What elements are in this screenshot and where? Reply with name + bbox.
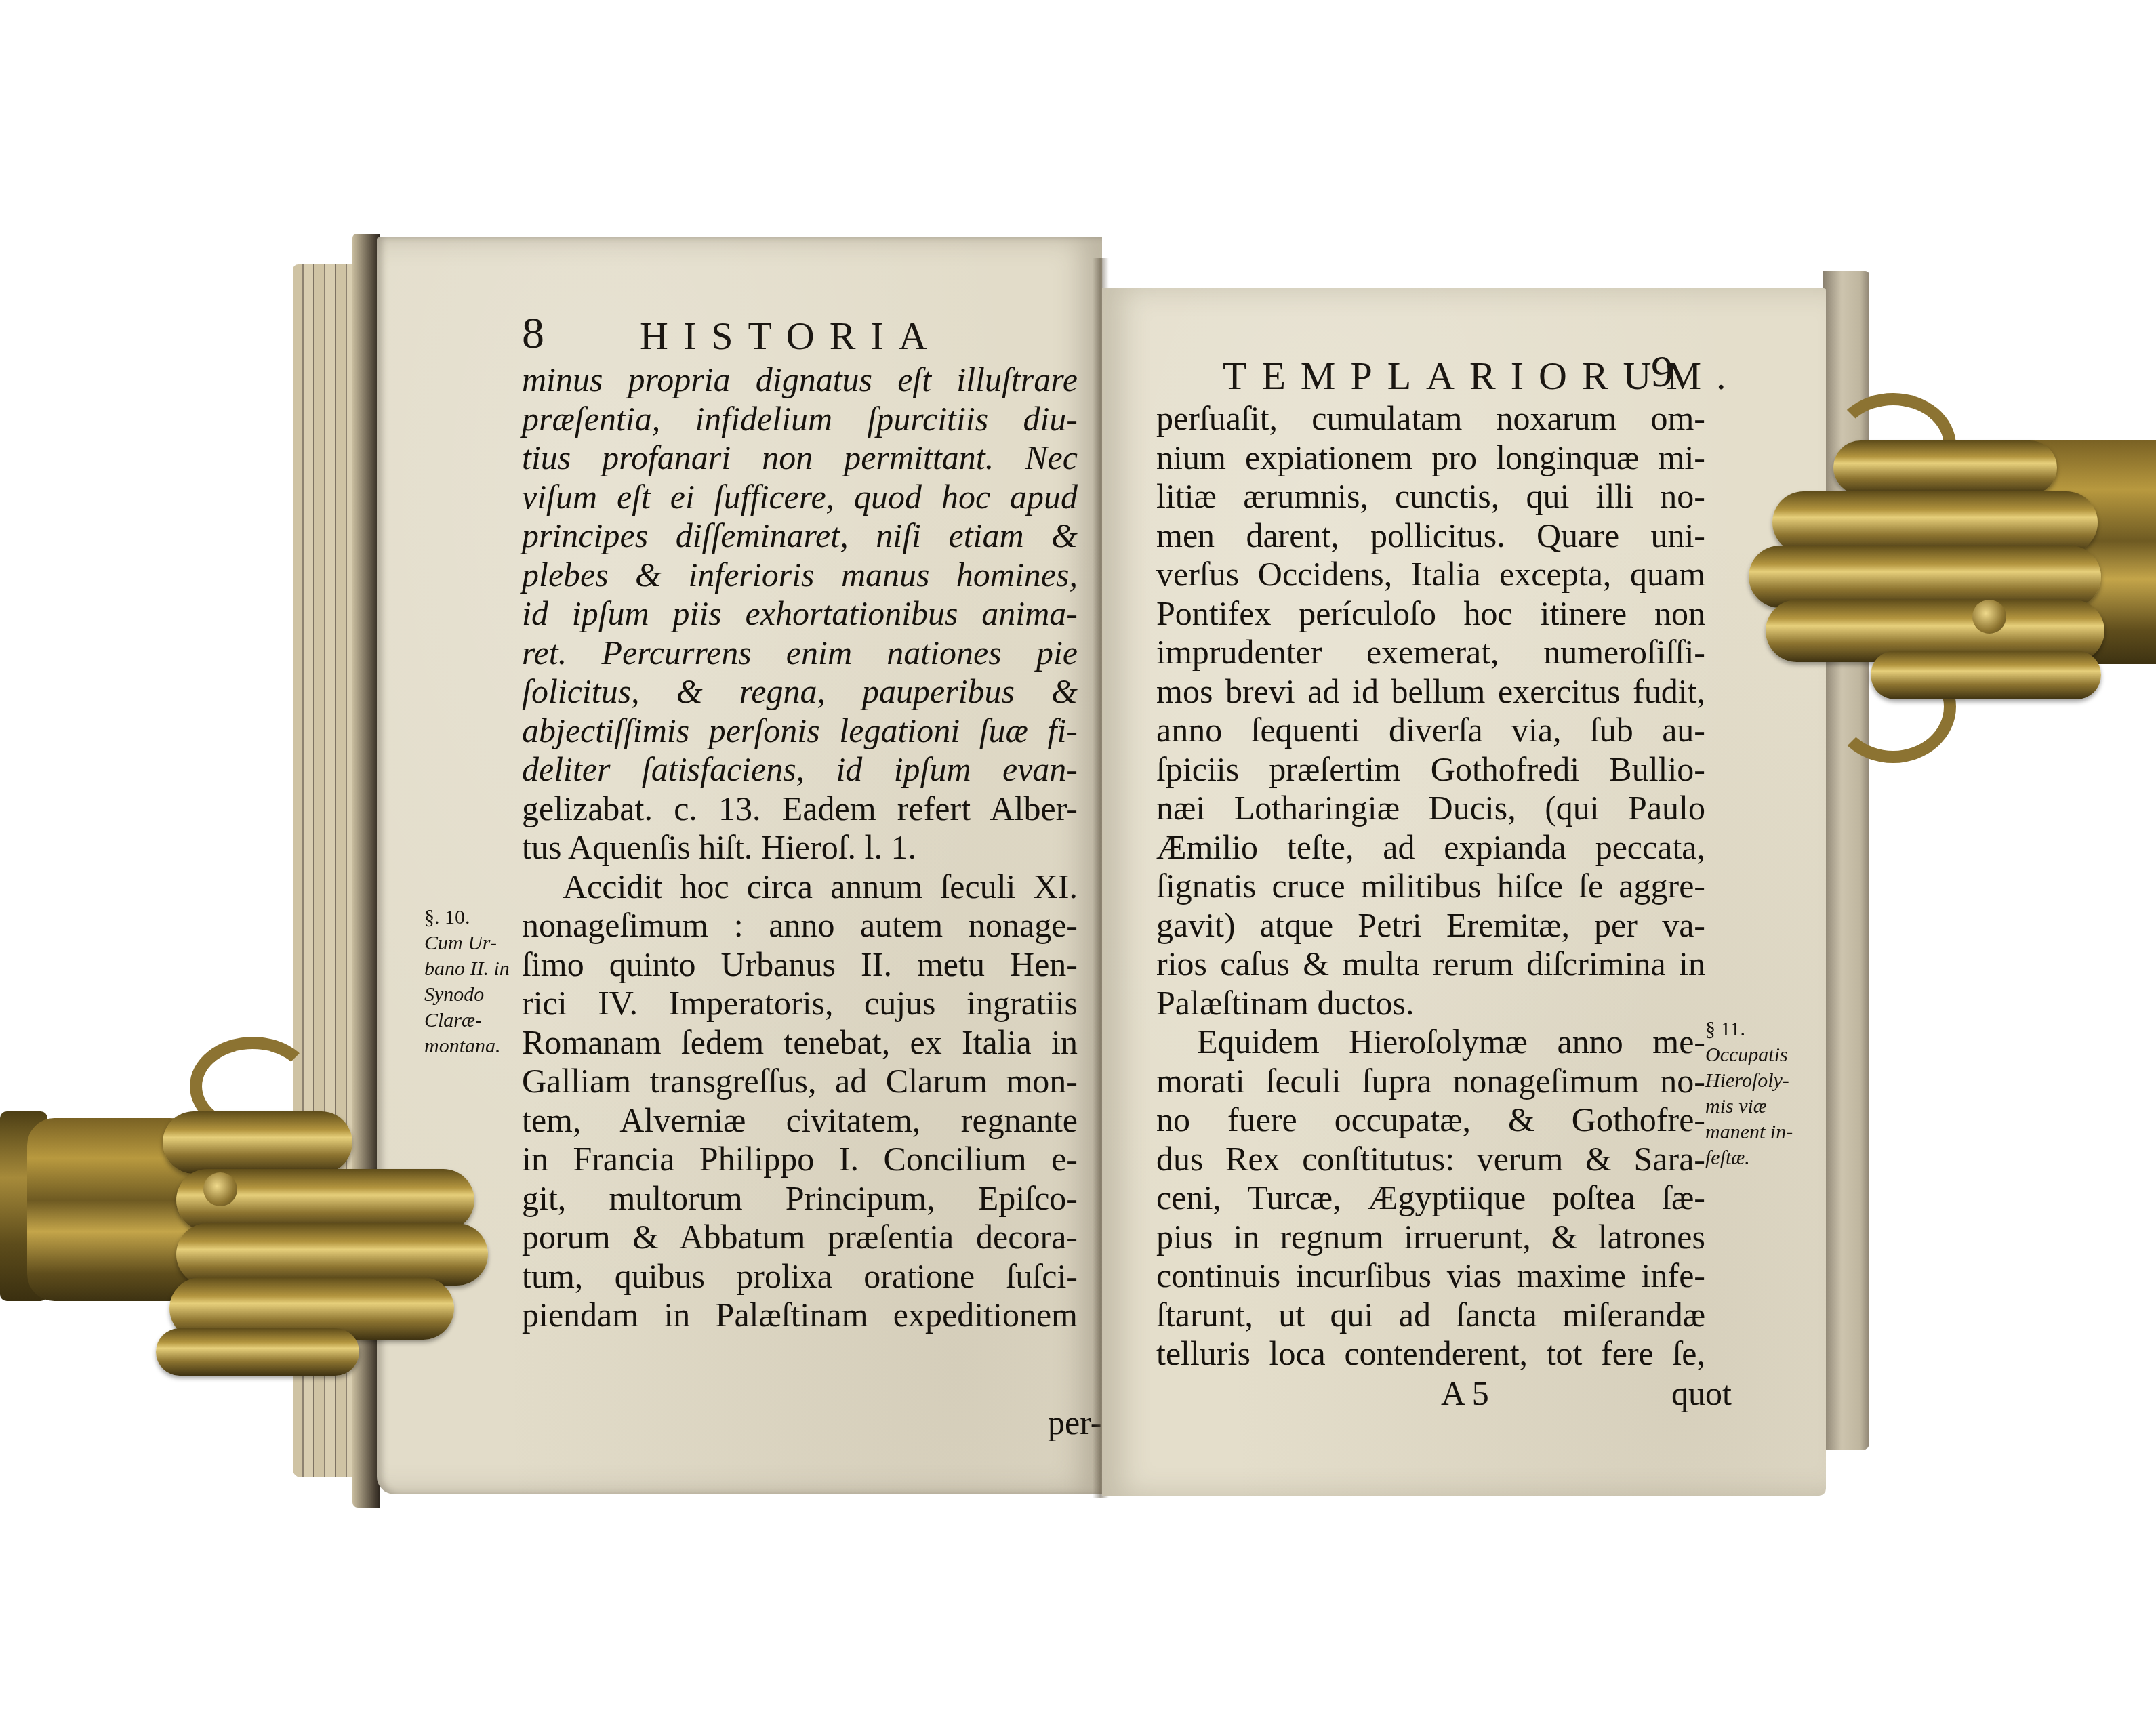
text-line: abjectiſſimis perſonis legationi ſuæ fi-: [522, 712, 1078, 751]
signature-mark: A 5: [1441, 1374, 1489, 1413]
right-page-text: perſuaſit, cumulatam noxarum om- nium ex…: [1156, 399, 1705, 1374]
right-catchword: quot: [1671, 1374, 1732, 1413]
text-line: ſpiciis præſertim Gothofredi Bullio-: [1156, 750, 1705, 789]
text-line: ſtarunt, ut qui ad ſancta miſerandæ: [1156, 1296, 1705, 1335]
text-line: rici IV. Imperatoris, cujus ingratiis: [522, 984, 1078, 1023]
right-brass-hand-clip: [1735, 379, 2156, 759]
hand-finger: [176, 1223, 488, 1286]
margin-section-number: § 11.: [1705, 1016, 1793, 1042]
text-line: præſentia, infidelium ſpurcitiis diu-: [522, 400, 1078, 439]
text-line: verſus Occidens, Italia excepta, quam: [1156, 555, 1705, 594]
text-line: Æmilio teſte, ad expianda peccata,: [1156, 828, 1705, 867]
text-line: Accidit hoc circa annum ſeculi XI.: [522, 867, 1078, 907]
text-line: ſolicitus, & regna, pauperibus &: [522, 672, 1078, 712]
margin-note-line: Hieroſoly-: [1705, 1068, 1793, 1094]
text-line: plebes & inferioris manus homines,: [522, 556, 1078, 595]
left-page-text: minus propria dignatus eſt illuſtrare pr…: [522, 361, 1078, 1335]
text-line: Palæſtinam ductos.: [1156, 984, 1705, 1023]
hand-finger: [1772, 491, 2098, 554]
text-line: litiæ ærumnis, cunctis, qui illi no-: [1156, 477, 1705, 516]
margin-note-line: mis viæ: [1705, 1094, 1793, 1119]
text-line: gelizabat. c. 13. Eadem refert Alber-: [522, 789, 1078, 829]
text-line: Romanam ſedem tenebat, ex Italia in: [522, 1023, 1078, 1063]
right-margin-note: § 11. Occupatis Hieroſoly- mis viæ manen…: [1705, 1016, 1793, 1171]
text-line: ſignatis cruce militibus hiſce ſe aggre-: [1156, 867, 1705, 906]
text-line: imprudenter exemerat, numeroſiſſi-: [1156, 633, 1705, 672]
text-line: nium expiationem pro longinquæ mi-: [1156, 438, 1705, 478]
text-line: tus Aquenſis hiſt. Hieroſ. l. 1.: [522, 828, 1078, 867]
text-line: tius profanari non permittant. Nec: [522, 438, 1078, 478]
hand-finger: [1833, 440, 2057, 495]
margin-note-line: Occupatis: [1705, 1042, 1793, 1068]
text-line: ſimo quinto Urbanus II. metu Hen-: [522, 945, 1078, 985]
text-line: mos brevi ad id bellum exercitus fudit,: [1156, 672, 1705, 712]
text-line: tem, Alverniæ civitatem, regnante: [522, 1101, 1078, 1141]
left-folio-number: 8: [522, 308, 544, 359]
margin-note-line: Cum Ur-: [424, 930, 510, 956]
text-line: pius in regnum irruerunt, & latrones: [1156, 1218, 1705, 1257]
text-line: Equidem Hieroſolymæ anno me-: [1156, 1023, 1705, 1062]
ring-icon: [203, 1172, 237, 1206]
text-line: telluris loca contenderent, tot fere ſe,: [1156, 1334, 1705, 1374]
text-line: viſum eſt ei ſufficere, quod hoc apud: [522, 478, 1078, 517]
text-line: gavit) atque Petri Eremitæ, per va-: [1156, 906, 1705, 945]
right-page: TEMPLARIORUM. 9 perſuaſit, cumulatam nox…: [1102, 288, 1826, 1496]
text-line: Galliam transgreſſus, ad Clarum mon-: [522, 1062, 1078, 1101]
text-line: principes diſſeminaret, niſi etiam &: [522, 516, 1078, 556]
hand-finger: [163, 1111, 352, 1174]
hand-finger: [1871, 651, 2101, 699]
text-line: piendam in Palæſtinam expeditionem: [522, 1296, 1078, 1335]
text-line: deliter ſatisfaciens, id ipſum evan-: [522, 750, 1078, 789]
margin-note-line: manent in-: [1705, 1119, 1793, 1145]
text-line: in Francia Philippo I. Concilium e-: [522, 1140, 1078, 1179]
text-line: git, multorum Principum, Epiſco-: [522, 1179, 1078, 1218]
margin-section-number: §. 10.: [424, 905, 510, 930]
ring-icon: [1972, 600, 2006, 634]
text-line: perſuaſit, cumulatam noxarum om-: [1156, 399, 1705, 438]
text-line: dus Rex conſtitutus: verum & Sara-: [1156, 1140, 1705, 1179]
left-running-head: HISTORIA: [640, 313, 942, 358]
text-line: anno ſequenti diverſa via, ſub au-: [1156, 711, 1705, 750]
hand-finger: [1749, 546, 2101, 608]
hand-finger: [156, 1328, 359, 1376]
book-photo-scene: 8 HISTORIA minus propria dignatus eſt il…: [0, 0, 2156, 1726]
text-line: ceni, Turcæ, Ægyptiique poſtea ſæ-: [1156, 1178, 1705, 1218]
margin-note-line: feſtæ.: [1705, 1145, 1793, 1171]
right-folio-number: 9: [1651, 346, 1673, 398]
text-line: minus propria dignatus eſt illuſtrare: [522, 361, 1078, 400]
left-brass-hand-clip: [0, 1030, 502, 1382]
text-line: næi Lotharingiæ Ducis, (qui Paulo: [1156, 789, 1705, 828]
text-line: continuis incurſibus vias maxime infe-: [1156, 1256, 1705, 1296]
text-line: rios caſus & multa rerum diſcrimina in: [1156, 945, 1705, 984]
text-line: no fuere occupatæ, & Gothofre-: [1156, 1101, 1705, 1140]
text-line: Pontifex perículoſo hoc itinere non: [1156, 594, 1705, 634]
text-line: id ipſum piis exhortationibus anima-: [522, 594, 1078, 634]
text-line: porum & Abbatum præſentia decora-: [522, 1218, 1078, 1257]
margin-note-line: bano II. in: [424, 956, 510, 982]
text-line: men darent, pollicitus. Quare uni-: [1156, 516, 1705, 556]
text-line: morati ſeculi ſupra nonageſimum no-: [1156, 1062, 1705, 1101]
text-line: ret. Percurrens enim nationes pie: [522, 634, 1078, 673]
margin-note-line: Synodo: [424, 982, 510, 1008]
text-line: nonageſimum : anno autem nonage-: [522, 906, 1078, 945]
text-line: tum, quibus prolixa oratione ſuſci-: [522, 1257, 1078, 1296]
